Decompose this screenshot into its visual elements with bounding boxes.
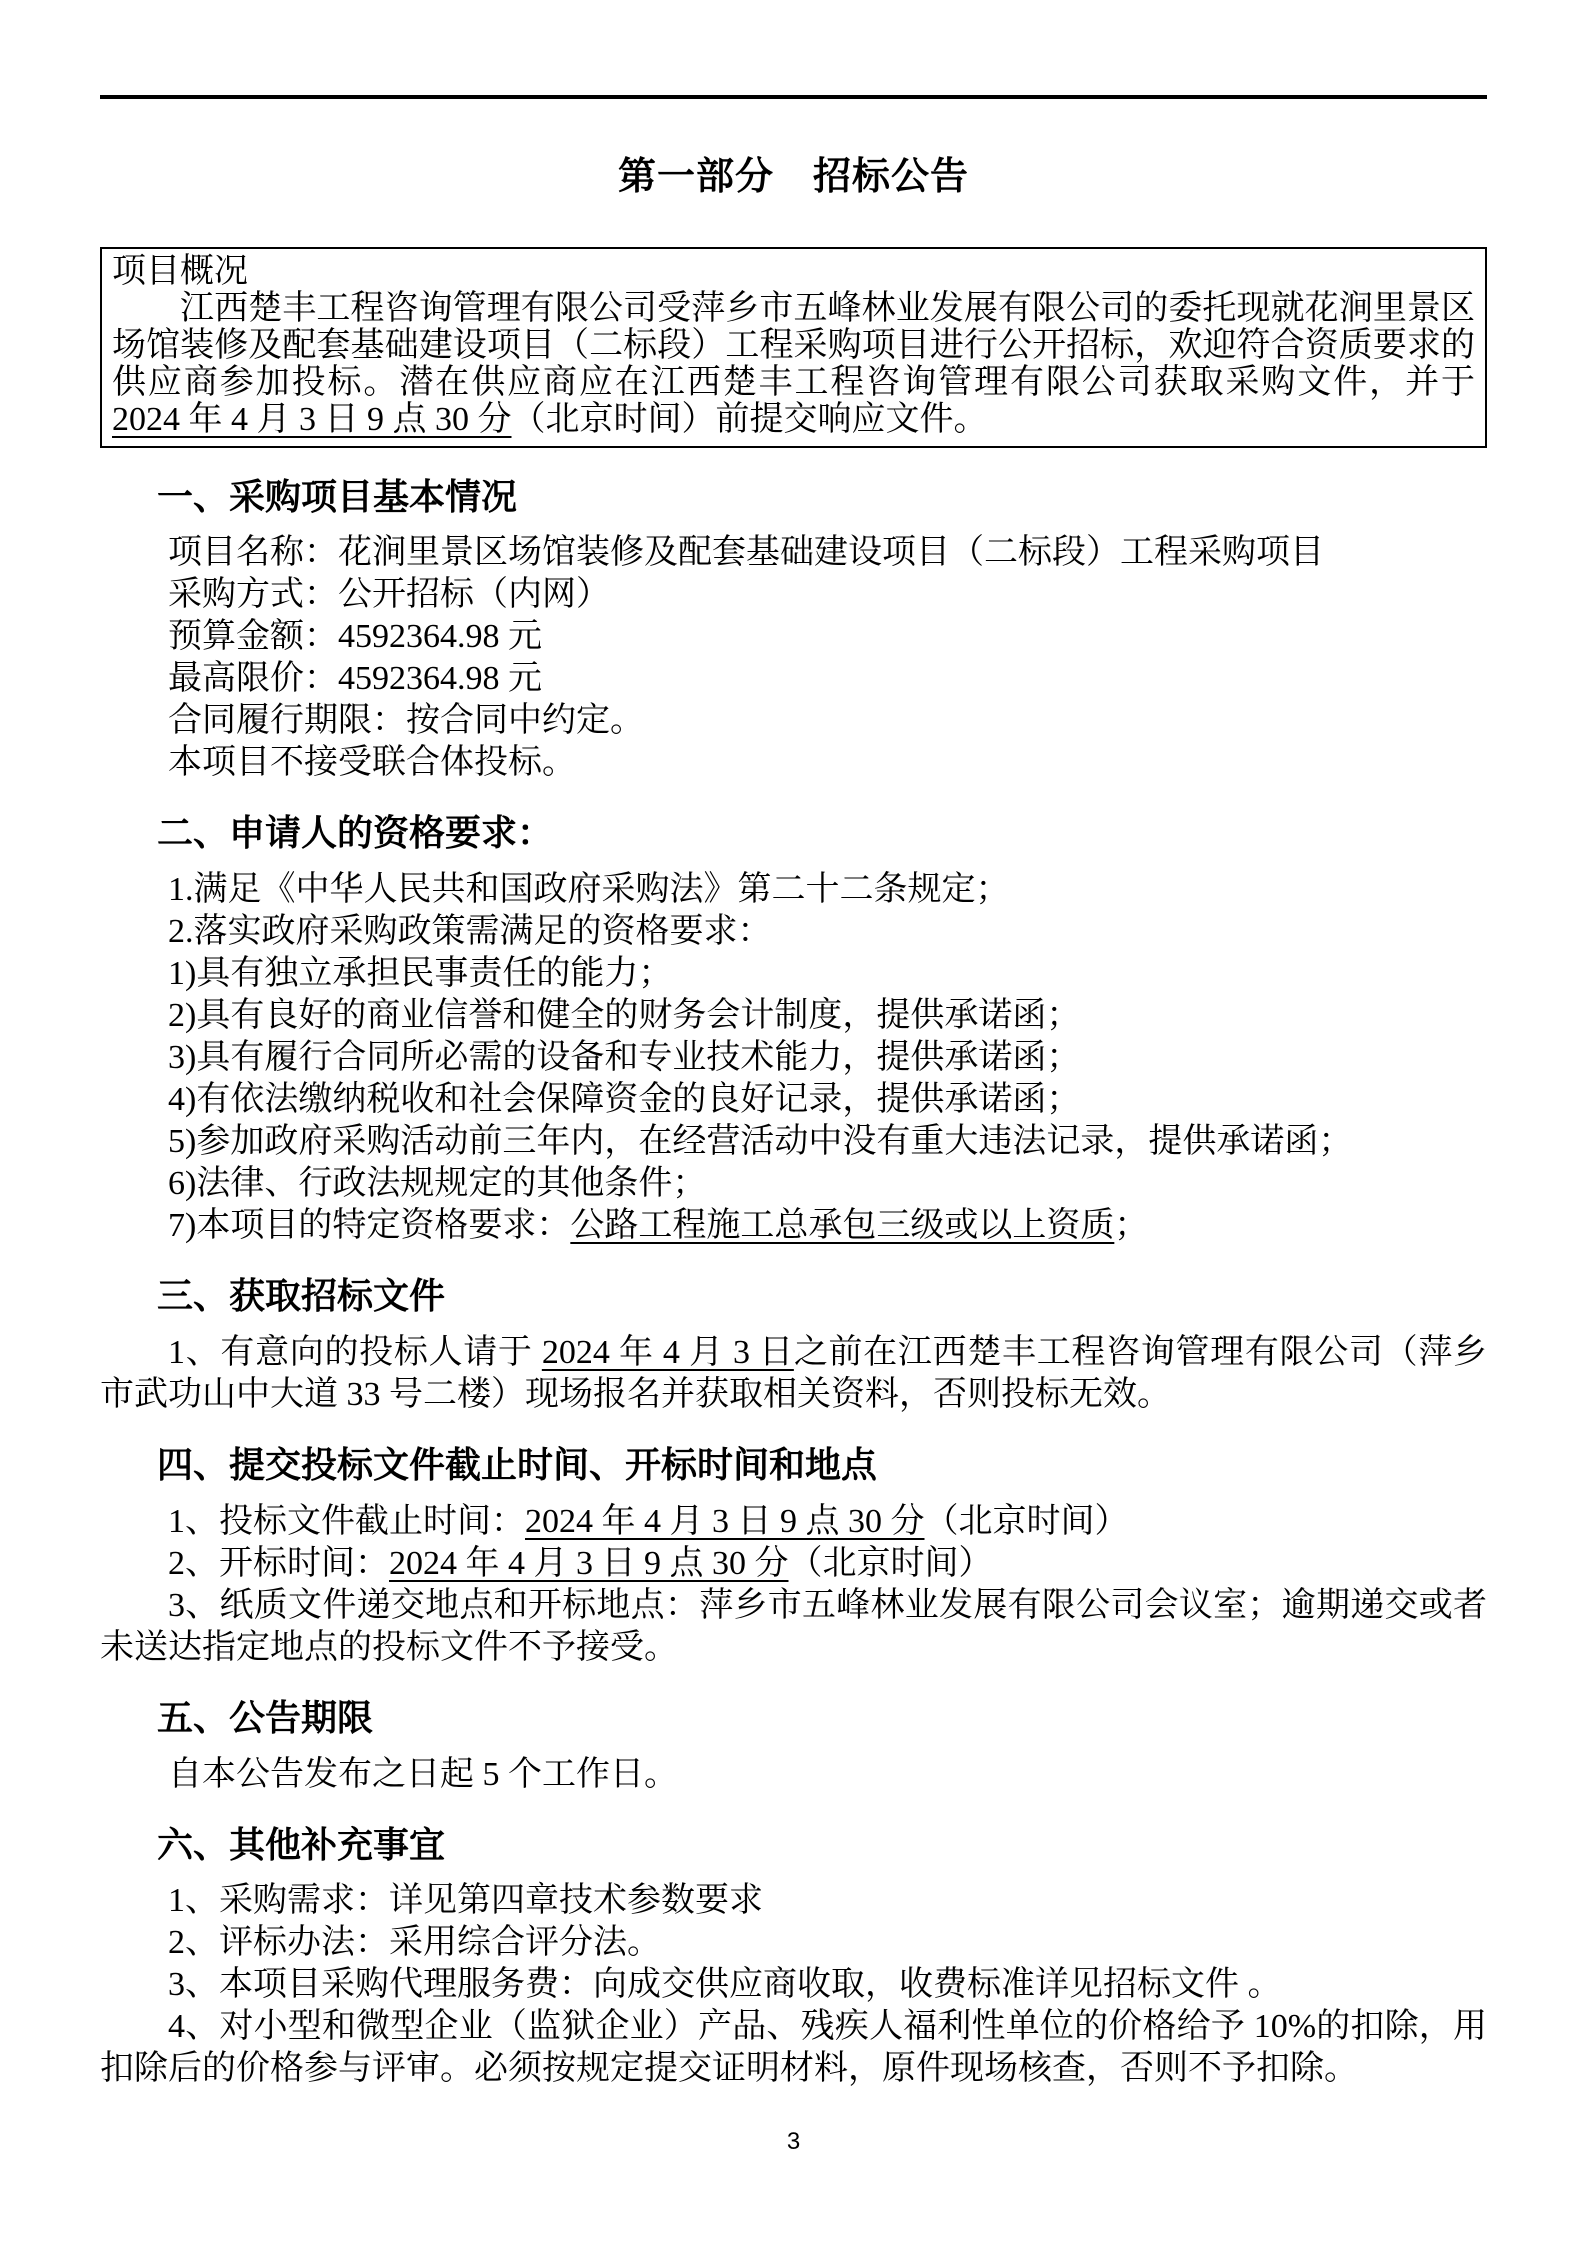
paragraph: 本项目不接受联合体投标。: [100, 742, 1487, 784]
text-segment: 自本公告发布之日起 5 个工作日。: [168, 1756, 678, 1793]
project-overview-box: 项目概况 江西楚丰工程咨询管理有限公司受萍乡市五峰林业发展有限公司的委托现就花涧…: [100, 247, 1487, 448]
underlined-text: 2024 年 4 月 3 日 9 点 30 分: [525, 1503, 925, 1540]
paragraph: 1.满足《中华人民共和国政府采购法》第二十二条规定；: [100, 869, 1487, 911]
section: 四、提交投标文件截止时间、开标时间和地点 1、投标文件截止时间：2024 年 4…: [100, 1442, 1487, 1669]
text-segment: 3、本项目采购代理服务费：向成交供应商收取，收费标准详见招标文件 。: [168, 1966, 1282, 2003]
paragraph: 1、投标文件截止时间：2024 年 4 月 3 日 9 点 30 分（北京时间）: [100, 1501, 1487, 1543]
text-segment: 合同履行期限：按合同中约定。: [168, 702, 644, 739]
section: 三、获取招标文件 1、有意向的投标人请于 2024 年 4 月 3 日之前在江西…: [100, 1273, 1487, 1416]
paragraph: 1、有意向的投标人请于 2024 年 4 月 3 日之前在江西楚丰工程咨询管理有…: [100, 1332, 1487, 1416]
text-segment: （北京时间）: [925, 1503, 1129, 1540]
paragraph: 4、对小型和微型企业（监狱企业）产品、残疾人福利性单位的价格给予 10%的扣除，…: [100, 2006, 1487, 2090]
paragraph: 2、开标时间：2024 年 4 月 3 日 9 点 30 分（北京时间）: [100, 1543, 1487, 1585]
section-body: 自本公告发布之日起 5 个工作日。: [100, 1754, 1487, 1796]
section: 二、申请人的资格要求： 1.满足《中华人民共和国政府采购法》第二十二条规定；2.…: [100, 810, 1487, 1247]
section-body: 1、投标文件截止时间：2024 年 4 月 3 日 9 点 30 分（北京时间）…: [100, 1501, 1487, 1669]
text-segment: 2.落实政府采购政策需满足的资格要求：: [168, 913, 772, 950]
paragraph: 自本公告发布之日起 5 个工作日。: [100, 1754, 1487, 1796]
document-title: 第一部分 招标公告: [100, 155, 1487, 201]
paragraph: 2.落实政府采购政策需满足的资格要求：: [100, 911, 1487, 953]
paragraph: 合同履行期限：按合同中约定。: [100, 700, 1487, 742]
text-segment: 最高限价：4592364.98 元: [168, 660, 542, 697]
text-segment: 1)具有独立承担民事责任的能力；: [168, 955, 672, 992]
text-segment: 预算金额：4592364.98 元: [168, 618, 542, 655]
section-heading: 四、提交投标文件截止时间、开标时间和地点: [100, 1442, 1487, 1489]
paragraph: 预算金额：4592364.98 元: [100, 616, 1487, 658]
text-segment: 4)有依法缴纳税收和社会保障资金的良好记录，提供承诺函；: [168, 1081, 1080, 1118]
section-heading: 六、其他补充事宜: [100, 1822, 1487, 1869]
section-body: 1、采购需求：详见第四章技术参数要求2、评标办法：采用综合评分法。3、本项目采购…: [100, 1880, 1487, 2090]
section: 五、公告期限 自本公告发布之日起 5 个工作日。: [100, 1695, 1487, 1796]
text-segment: 7)本项目的特定资格要求：: [168, 1207, 570, 1244]
section: 六、其他补充事宜 1、采购需求：详见第四章技术参数要求2、评标办法：采用综合评分…: [100, 1822, 1487, 2091]
text-segment: 3)具有履行合同所必需的设备和专业技术能力，提供承诺函；: [168, 1039, 1080, 1076]
text-segment: （北京时间）前提交响应文件。: [512, 401, 988, 438]
text-segment: 2)具有良好的商业信誉和健全的财务会计制度，提供承诺函；: [168, 997, 1080, 1034]
paragraph: 2、评标办法：采用综合评分法。: [100, 1922, 1487, 1964]
text-segment: 2、评标办法：采用综合评分法。: [168, 1924, 661, 1961]
paragraph: 3、纸质文件递交地点和开标地点：萍乡市五峰林业发展有限公司会议室；逾期递交或者未…: [100, 1585, 1487, 1669]
section-heading: 二、申请人的资格要求：: [100, 810, 1487, 857]
paragraph: 1)具有独立承担民事责任的能力；: [100, 953, 1487, 995]
text-segment: 江西楚丰工程咨询管理有限公司受萍乡市五峰林业发展有限公司的委托现就花涧里景区场馆…: [112, 290, 1475, 401]
header-rule: [100, 95, 1487, 99]
paragraph: 1、采购需求：详见第四章技术参数要求: [100, 1880, 1487, 1922]
text-segment: 本项目不接受联合体投标。: [168, 744, 576, 781]
document-page: 第一部分 招标公告 项目概况 江西楚丰工程咨询管理有限公司受萍乡市五峰林业发展有…: [0, 0, 1587, 2245]
section-heading: 一、采购项目基本情况: [100, 474, 1487, 521]
paragraph: 采购方式：公开招标（内网）: [100, 574, 1487, 616]
paragraph: 6)法律、行政法规规定的其他条件；: [100, 1163, 1487, 1205]
text-segment: 1、采购需求：详见第四章技术参数要求: [168, 1882, 763, 1919]
section-heading: 五、公告期限: [100, 1695, 1487, 1742]
paragraph: 2)具有良好的商业信誉和健全的财务会计制度，提供承诺函；: [100, 995, 1487, 1037]
section: 一、采购项目基本情况 项目名称：花涧里景区场馆装修及配套基础建设项目（二标段）工…: [100, 474, 1487, 785]
text-segment: 1、有意向的投标人请于: [168, 1334, 542, 1371]
paragraph: 3)具有履行合同所必需的设备和专业技术能力，提供承诺函；: [100, 1037, 1487, 1079]
text-segment: 项目名称：花涧里景区场馆装修及配套基础建设项目（二标段）工程采购项目: [168, 534, 1324, 571]
text-segment: （北京时间）: [789, 1545, 993, 1582]
text-segment: 4、对小型和微型企业（监狱企业）产品、残疾人福利性单位的价格给予 10%的扣除，…: [100, 2008, 1487, 2087]
paragraph: 3、本项目采购代理服务费：向成交供应商收取，收费标准详见招标文件 。: [100, 1964, 1487, 2006]
text-segment: 5)参加政府采购活动前三年内，在经营活动中没有重大违法记录，提供承诺函；: [168, 1123, 1352, 1160]
underlined-text: 2024 年 4 月 3 日 9 点 30 分: [112, 401, 512, 438]
text-segment: ；: [1114, 1207, 1148, 1244]
paragraph: 最高限价：4592364.98 元: [100, 658, 1487, 700]
text-segment: 6)法律、行政法规规定的其他条件；: [168, 1165, 706, 1202]
section-heading: 三、获取招标文件: [100, 1273, 1487, 1320]
overview-label: 项目概况: [112, 253, 1475, 290]
overview-paragraph: 江西楚丰工程咨询管理有限公司受萍乡市五峰林业发展有限公司的委托现就花涧里景区场馆…: [112, 290, 1475, 438]
sections: 一、采购项目基本情况 项目名称：花涧里景区场馆装修及配套基础建设项目（二标段）工…: [100, 474, 1487, 2091]
paragraph: 4)有依法缴纳税收和社会保障资金的良好记录，提供承诺函；: [100, 1079, 1487, 1121]
section-body: 项目名称：花涧里景区场馆装修及配套基础建设项目（二标段）工程采购项目采购方式：公…: [100, 532, 1487, 784]
underlined-text: 2024 年 4 月 3 日 9 点 30 分: [389, 1545, 789, 1582]
paragraph: 项目名称：花涧里景区场馆装修及配套基础建设项目（二标段）工程采购项目: [100, 532, 1487, 574]
paragraph: 7)本项目的特定资格要求：公路工程施工总承包三级或以上资质；: [100, 1205, 1487, 1247]
text-segment: 3、纸质文件递交地点和开标地点：萍乡市五峰林业发展有限公司会议室；逾期递交或者未…: [100, 1587, 1487, 1666]
text-segment: 1、投标文件截止时间：: [168, 1503, 525, 1540]
underlined-text: 公路工程施工总承包三级或以上资质: [570, 1207, 1114, 1244]
text-segment: 2、开标时间：: [168, 1545, 389, 1582]
underlined-text: 2024 年 4 月 3 日: [542, 1334, 794, 1371]
paragraph: 5)参加政府采购活动前三年内，在经营活动中没有重大违法记录，提供承诺函；: [100, 1121, 1487, 1163]
page-number: 3: [0, 2128, 1587, 2156]
text-segment: 采购方式：公开招标（内网）: [168, 576, 610, 613]
section-body: 1.满足《中华人民共和国政府采购法》第二十二条规定；2.落实政府采购政策需满足的…: [100, 869, 1487, 1247]
section-body: 1、有意向的投标人请于 2024 年 4 月 3 日之前在江西楚丰工程咨询管理有…: [100, 1332, 1487, 1416]
text-segment: 1.满足《中华人民共和国政府采购法》第二十二条规定；: [168, 871, 1010, 908]
